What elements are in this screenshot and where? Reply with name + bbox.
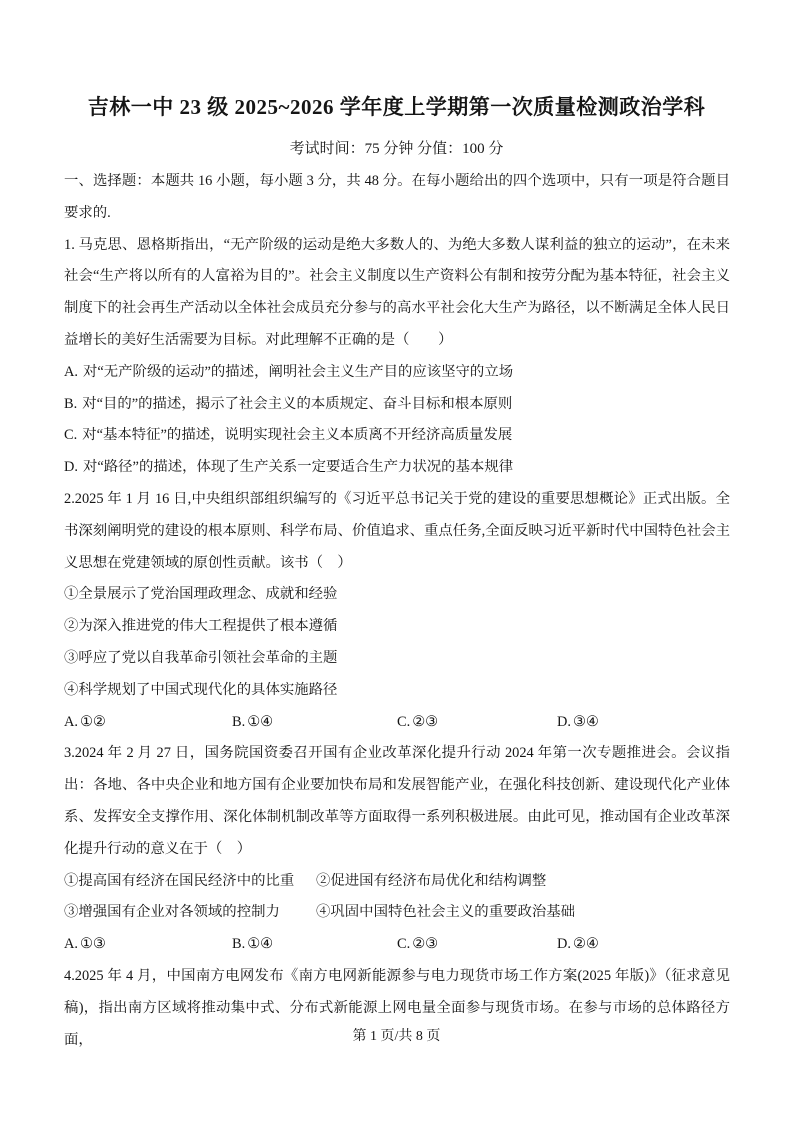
exam-time-score-info: 考试时间：75 分钟 分值：100 分 — [0, 137, 793, 161]
question-3-items-row-1: ①提高国有经济在国民经济中的比重 ②促进国有经济布局优化和结构调整 — [64, 866, 730, 898]
question-3-choice-d: D.②④ — [557, 929, 730, 961]
question-2-choice-d: D.③④ — [557, 707, 730, 739]
question-1-option-c: C.对“基本特征”的描述，说明实现社会主义本质离不开经济高质量发展 — [64, 420, 730, 452]
page-title: 吉林一中 23 级 2025~2026 学年度上学期第一次质量检测政治学科 — [0, 93, 793, 121]
question-3-item-2: ②促进国有经济布局优化和结构调整 — [316, 866, 730, 898]
question-1-option-d: D.对“路径”的描述，体现了生产关系一定要适合生产力状况的基本规律 — [64, 452, 730, 484]
question-3-answer-choices: A.①③ B.①④ C.②③ D.②④ — [64, 929, 730, 961]
section-heading: 一、选择题：本题共 16 小题，每小题 3 分，共 48 分。在每小题给出的四个… — [64, 166, 730, 230]
option-label: B. — [64, 396, 77, 412]
choice-value: ①③ — [80, 936, 106, 952]
question-3-choice-c: C.②③ — [397, 929, 557, 961]
question-3-choice-a: A.①③ — [64, 929, 232, 961]
question-1-option-b: B.对“目的”的描述，揭示了社会主义的本质规定、奋斗目标和根本原则 — [64, 389, 730, 421]
choice-value: ①④ — [247, 714, 273, 730]
choice-label: B. — [232, 714, 245, 730]
question-2-choice-b: B.①④ — [232, 707, 397, 739]
question-3-choice-b: B.①④ — [232, 929, 397, 961]
question-2-choice-a: A.①② — [64, 707, 232, 739]
question-2-item-2: ②为深入推进党的伟大工程提供了根本遵循 — [64, 611, 730, 643]
option-label: C. — [64, 427, 77, 443]
question-1-stem: 1. 马克思、恩格斯指出，“无产阶级的运动是绝大多数人的、为绝大多数人谋利益的独… — [64, 230, 730, 357]
choice-label: B. — [232, 936, 245, 952]
question-3-item-1: ①提高国有经济在国民经济中的比重 — [64, 866, 316, 898]
option-label: A. — [64, 364, 78, 380]
choice-label: A. — [64, 936, 78, 952]
question-3-stem: 3.2024 年 2 月 27 日，国务院国资委召开国有企业改革深化提升行动 2… — [64, 738, 730, 865]
question-1-option-a: A.对“无产阶级的运动”的描述，阐明社会主义生产目的应该坚守的立场 — [64, 357, 730, 389]
choice-value: ②③ — [412, 714, 438, 730]
choice-value: ③④ — [573, 714, 599, 730]
choice-label: C. — [397, 714, 410, 730]
choice-label: D. — [557, 936, 571, 952]
question-3-item-4: ④巩固中国特色社会主义的重要政治基础 — [316, 897, 730, 929]
question-2-item-1: ①全景展示了党治国理政理念、成就和经验 — [64, 579, 730, 611]
exam-paper-page: 吉林一中 23 级 2025~2026 学年度上学期第一次质量检测政治学科 考试… — [0, 0, 793, 1122]
choice-value: ①② — [80, 714, 106, 730]
question-3-items-row-2: ③增强国有企业对各领域的控制力 ④巩固中国特色社会主义的重要政治基础 — [64, 897, 730, 929]
question-2-stem: 2.2025 年 1 月 16 日,中央组织部组织编写的《习近平总书记关于党的建… — [64, 484, 730, 579]
choice-value: ①④ — [247, 936, 273, 952]
question-2-item-3: ③呼应了党以自我革命引领社会革命的主题 — [64, 643, 730, 675]
choice-label: D. — [557, 714, 571, 730]
question-2-answer-choices: A.①② B.①④ C.②③ D.③④ — [64, 707, 730, 739]
page-number: 第 1 页/共 8 页 — [0, 1026, 793, 1048]
exam-body: 一、选择题：本题共 16 小题，每小题 3 分，共 48 分。在每小题给出的四个… — [64, 166, 730, 1056]
choice-value: ②③ — [412, 936, 438, 952]
option-label: D. — [64, 459, 78, 475]
option-text: 对“基本特征”的描述，说明实现社会主义本质离不开经济高质量发展 — [82, 427, 512, 443]
choice-value: ②④ — [573, 936, 599, 952]
question-2-choice-c: C.②③ — [397, 707, 557, 739]
option-text: 对“目的”的描述，揭示了社会主义的本质规定、奋斗目标和根本原则 — [82, 396, 512, 412]
question-3-item-3: ③增强国有企业对各领域的控制力 — [64, 897, 316, 929]
option-text: 对“路径”的描述，体现了生产关系一定要适合生产力状况的基本规律 — [83, 459, 513, 475]
option-text: 对“无产阶级的运动”的描述，阐明社会主义生产目的应该坚守的立场 — [83, 364, 513, 380]
choice-label: C. — [397, 936, 410, 952]
question-2-item-4: ④科学规划了中国式现代化的具体实施路径 — [64, 675, 730, 707]
choice-label: A. — [64, 714, 78, 730]
